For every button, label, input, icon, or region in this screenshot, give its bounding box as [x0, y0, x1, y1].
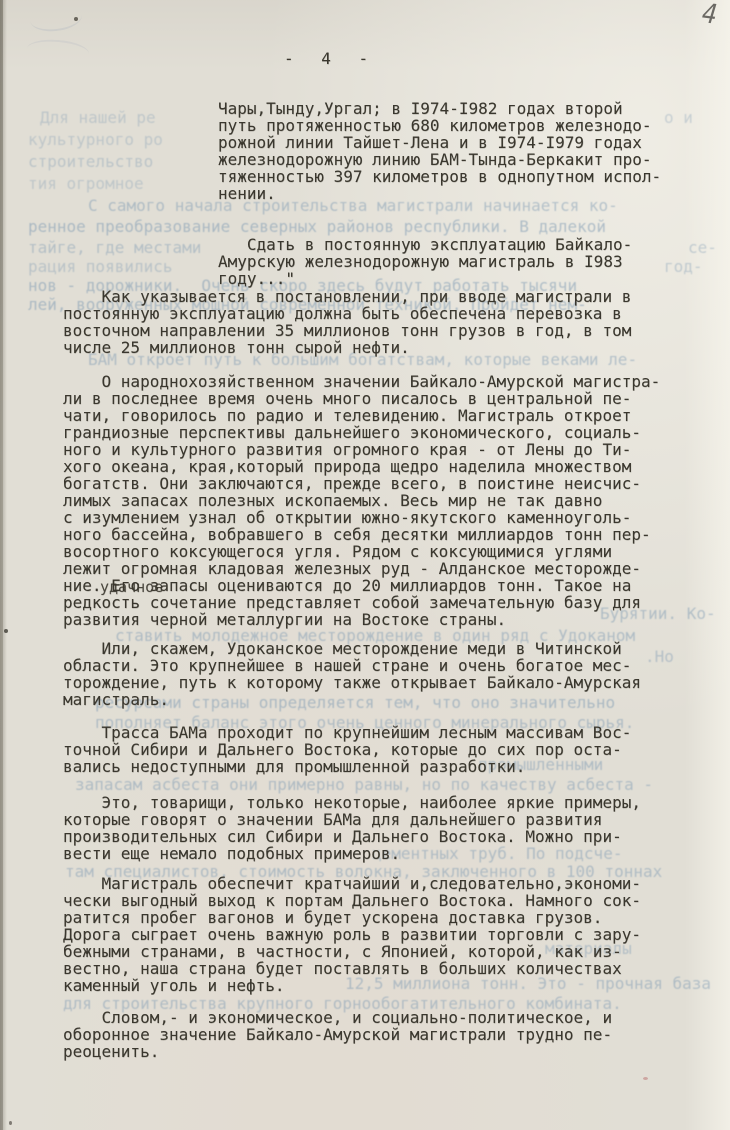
paper-speck — [74, 17, 78, 21]
bleedthrough-line: ренное преобразование северных районов р… — [28, 218, 606, 235]
bleedthrough-line: Для нашей ре — [40, 109, 156, 126]
bleedthrough-line: запасам асбеста они примерно равны, но п… — [75, 776, 653, 793]
typed-paragraph-conclusion: Словом,- и экономическое, и социально-по… — [63, 1009, 612, 1060]
typed-paragraph-forests: Трасса БАМа проходит по крупнейшим лесны… — [63, 724, 631, 775]
typed-quote-block-2: Сдать в постоянную эксплуатацию Байкало-… — [218, 236, 632, 287]
bleedthrough-line: се- — [688, 239, 717, 256]
paper-speck — [4, 629, 8, 633]
bleedthrough-line: год- — [664, 258, 703, 275]
typed-paragraph-udokan: Или, скажем, Удоканское месторождение ме… — [63, 640, 641, 708]
bleedthrough-line: тия огромное — [28, 175, 144, 192]
bleedthrough-line: тайге, где местами — [28, 239, 201, 256]
paper-speck — [9, 1121, 12, 1125]
typed-paragraph-examples: Это, товарищи, только некоторые, наиболе… — [63, 794, 641, 862]
scanned-document-page: Для нашей рео икультурного ростроительст… — [0, 0, 730, 1130]
bleedthrough-line: рация появились — [28, 258, 173, 275]
page-number-header: - 4 - — [284, 50, 377, 67]
bleedthrough-line: .Но — [645, 648, 674, 665]
bleedthrough-line: о и — [664, 109, 693, 126]
paper-speck — [643, 1077, 648, 1080]
typed-paragraph-resolution: Как указывается в постановлении, при вво… — [63, 288, 631, 356]
bleedthrough-line: культурного ро — [28, 131, 163, 148]
typed-insertion-word: удачное — [100, 580, 163, 595]
bleedthrough-line: строительство — [28, 153, 153, 170]
typed-paragraph-ports-trade: Магистраль обеспечит кратчайший и,следов… — [63, 875, 641, 994]
typed-quote-block-1: Чары,Тынду,Ургал; в I974-I982 годах втор… — [218, 100, 661, 202]
